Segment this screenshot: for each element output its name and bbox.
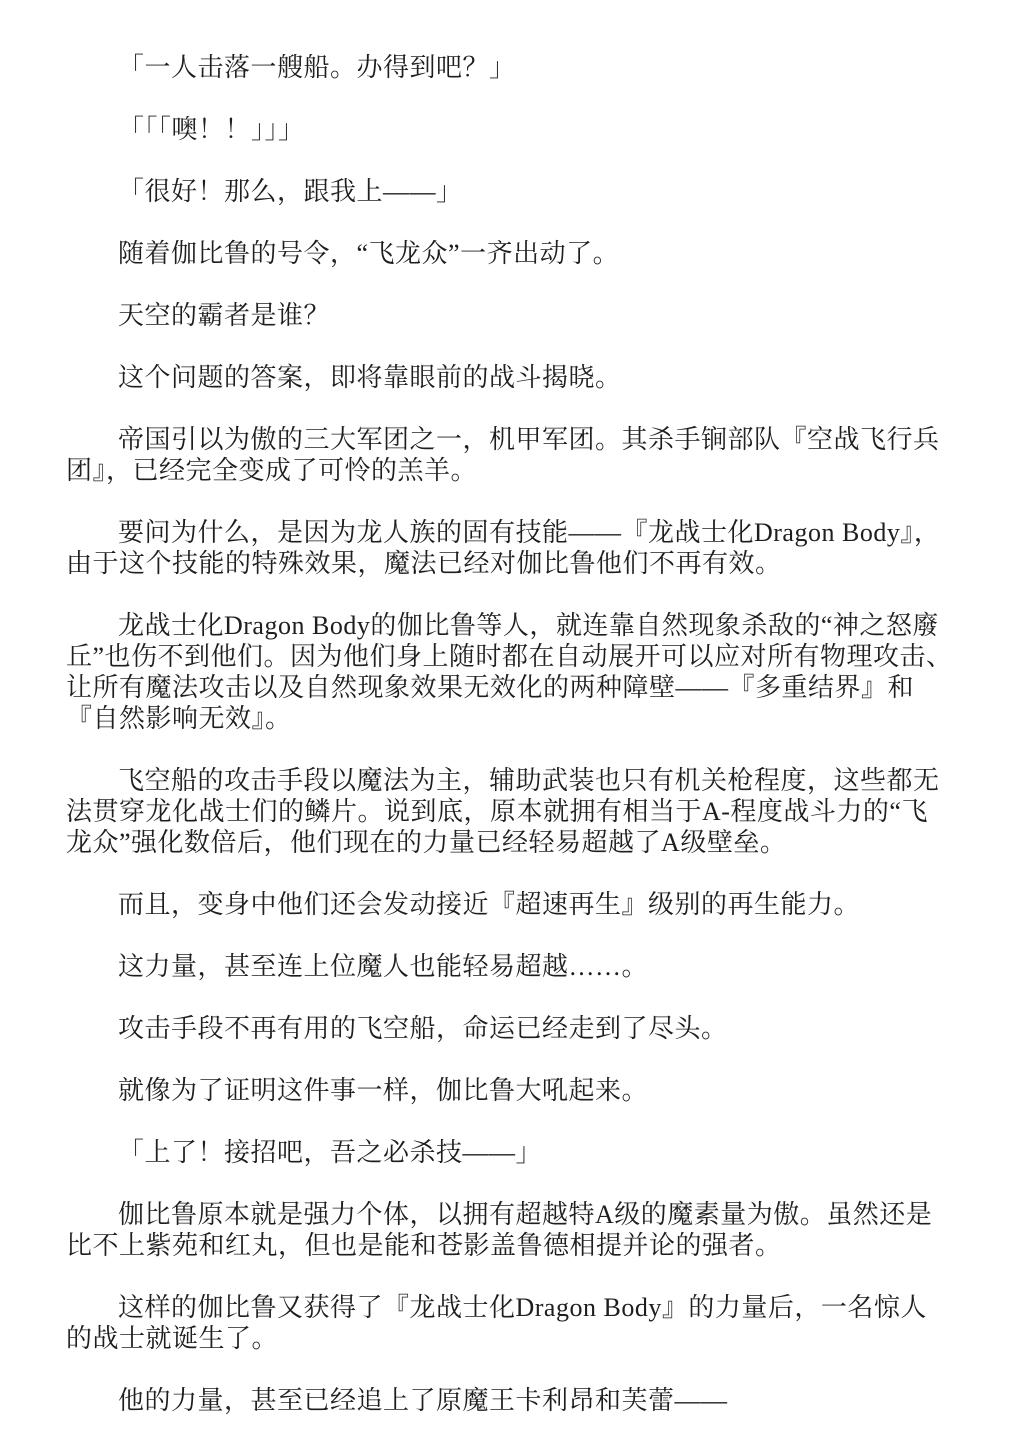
paragraph: 飞空船的攻击手段以魔法为主，辅助武装也只有机关枪程度，这些都无法贯穿龙化战士们的…: [66, 765, 953, 858]
paragraph: 「「「噢！！」」」: [66, 114, 953, 145]
paragraph: 「很好！那么，跟我上——」: [66, 176, 953, 207]
paragraph: 而且，变身中他们还会发动接近『超速再生』级别的再生能力。: [66, 889, 953, 920]
document-page: 「一人击落一艘船。办得到吧？」 「「「噢！！」」」 「很好！那么，跟我上——」 …: [0, 0, 1017, 1437]
paragraph: 他的力量，甚至已经追上了原魔王卡利昂和芙蕾——: [66, 1385, 953, 1416]
paragraph: 要问为什么，是因为龙人族的固有技能——『龙战士化Dragon Body』，由于这…: [66, 517, 953, 579]
paragraph: 这力量，甚至连上位魔人也能轻易超越……。: [66, 951, 953, 982]
paragraph: 这样的伽比鲁又获得了『龙战士化Dragon Body』的力量后，一名惊人的战士就…: [66, 1292, 953, 1354]
paragraph: 「上了！接招吧，吾之必杀技——」: [66, 1137, 953, 1168]
paragraph: 攻击手段不再有用的飞空船，命运已经走到了尽头。: [66, 1013, 953, 1044]
paragraph: 天空的霸者是谁？: [66, 300, 953, 331]
paragraph: 随着伽比鲁的号令，“飞龙众”一齐出动了。: [66, 238, 953, 269]
paragraph: 这个问题的答案，即将靠眼前的战斗揭晓。: [66, 362, 953, 393]
paragraph: 帝国引以为傲的三大军团之一，机甲军团。其杀手锏部队『空战飞行兵团』，已经完全变成…: [66, 424, 953, 486]
paragraph: 就像为了证明这件事一样，伽比鲁大吼起来。: [66, 1075, 953, 1106]
paragraph: 龙战士化Dragon Body的伽比鲁等人，就连靠自然现象杀敌的“神之怒廢丘”也…: [66, 610, 953, 734]
paragraph: 「一人击落一艘船。办得到吧？」: [66, 52, 953, 83]
paragraph: 伽比鲁原本就是强力个体，以拥有超越特A级的魔素量为傲。虽然还是比不上紫苑和红丸，…: [66, 1199, 953, 1261]
